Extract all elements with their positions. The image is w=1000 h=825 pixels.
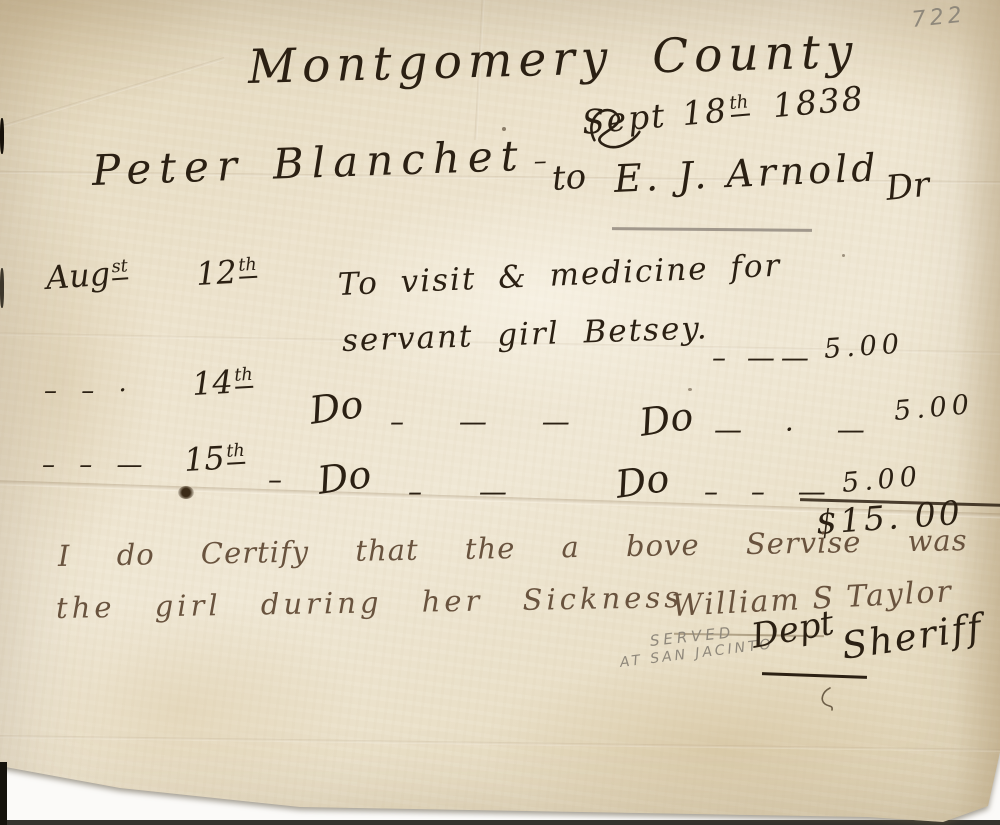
entry-description: To visit & medicine for [337,251,782,301]
creditor-name: E. J. Arnold [613,148,880,198]
ink-speck [502,127,506,131]
torn-edge-mark [0,118,4,154]
ink-blot [178,486,194,499]
officer-underline [762,672,867,678]
dash-marks: – — [408,478,507,506]
dash-marks: – – — [42,452,151,478]
paper-document: 722 Montgomery County Sept18th1838 Peter… [0,0,1000,825]
ink-mark [816,686,838,712]
dash-marks: – – — [704,478,830,506]
dash-marks: – —— [712,344,815,372]
date-ordinal: th [729,91,750,117]
debtor-name: PeterBlanchet– [91,134,555,192]
entry-month: Aug [45,255,112,297]
day-ordinal: th [226,441,246,465]
entry-day: 15th [183,441,246,476]
entry-amount: 5.00 [893,391,975,425]
crease-line [0,57,225,136]
entry-date: Augst [45,256,129,294]
dash-marks: – – · [44,378,135,404]
date-line: Sept18th1838 [581,81,866,139]
ink-speck [688,388,692,391]
month-ordinal: st [111,257,129,281]
debtor-first-name: Peter [91,141,246,195]
ditto-mark: Do [613,459,671,504]
dash-marks: — · — [714,416,873,444]
dash-marks: – — — [390,408,580,436]
day-number: 12 [195,253,238,293]
ink-speck [842,254,845,257]
entry-day: 14th [191,365,254,400]
scanned-document: 722 Montgomery County Sept18th1838 Peter… [0,0,1000,825]
officer-title: Sheriff [839,608,985,664]
billing-connector: to [551,160,587,196]
county-heading: Montgomery County [247,28,859,91]
ditto-mark: Do [307,385,365,430]
debtor-last-name: Blanchet [272,131,526,189]
day-ordinal: th [238,255,258,279]
date-year: 1838 [771,78,866,125]
date-day: 18 [680,90,729,133]
certification-text: the girl during her Sickness [56,583,684,623]
pencil-underline [612,227,812,231]
day-ordinal: th [234,365,254,389]
day-number: 14 [191,363,234,403]
entry-day: 12th [195,255,258,290]
entry-description: servant girl Betsey. [341,313,709,357]
date-month: Sept [580,96,668,142]
stray-mark-glyph [816,686,838,712]
paper-shadow-wrap: 722 Montgomery County Sept18th1838 Peter… [0,0,1000,825]
crease-line [0,735,1000,752]
page-number-annotation: 722 [911,4,967,32]
day-number: 15 [183,439,226,479]
entry-amount: 5.00 [823,330,905,363]
ditto-mark: Do [315,455,373,500]
torn-edge-mark [0,268,4,308]
entry-amount: 5.00 [841,463,923,497]
ditto-mark: Do [637,397,695,442]
dash-marks: – [268,466,282,494]
certification-text: I do Certify that the a bove Servise was… [58,523,1000,571]
debit-abbreviation: Dr [884,168,931,206]
